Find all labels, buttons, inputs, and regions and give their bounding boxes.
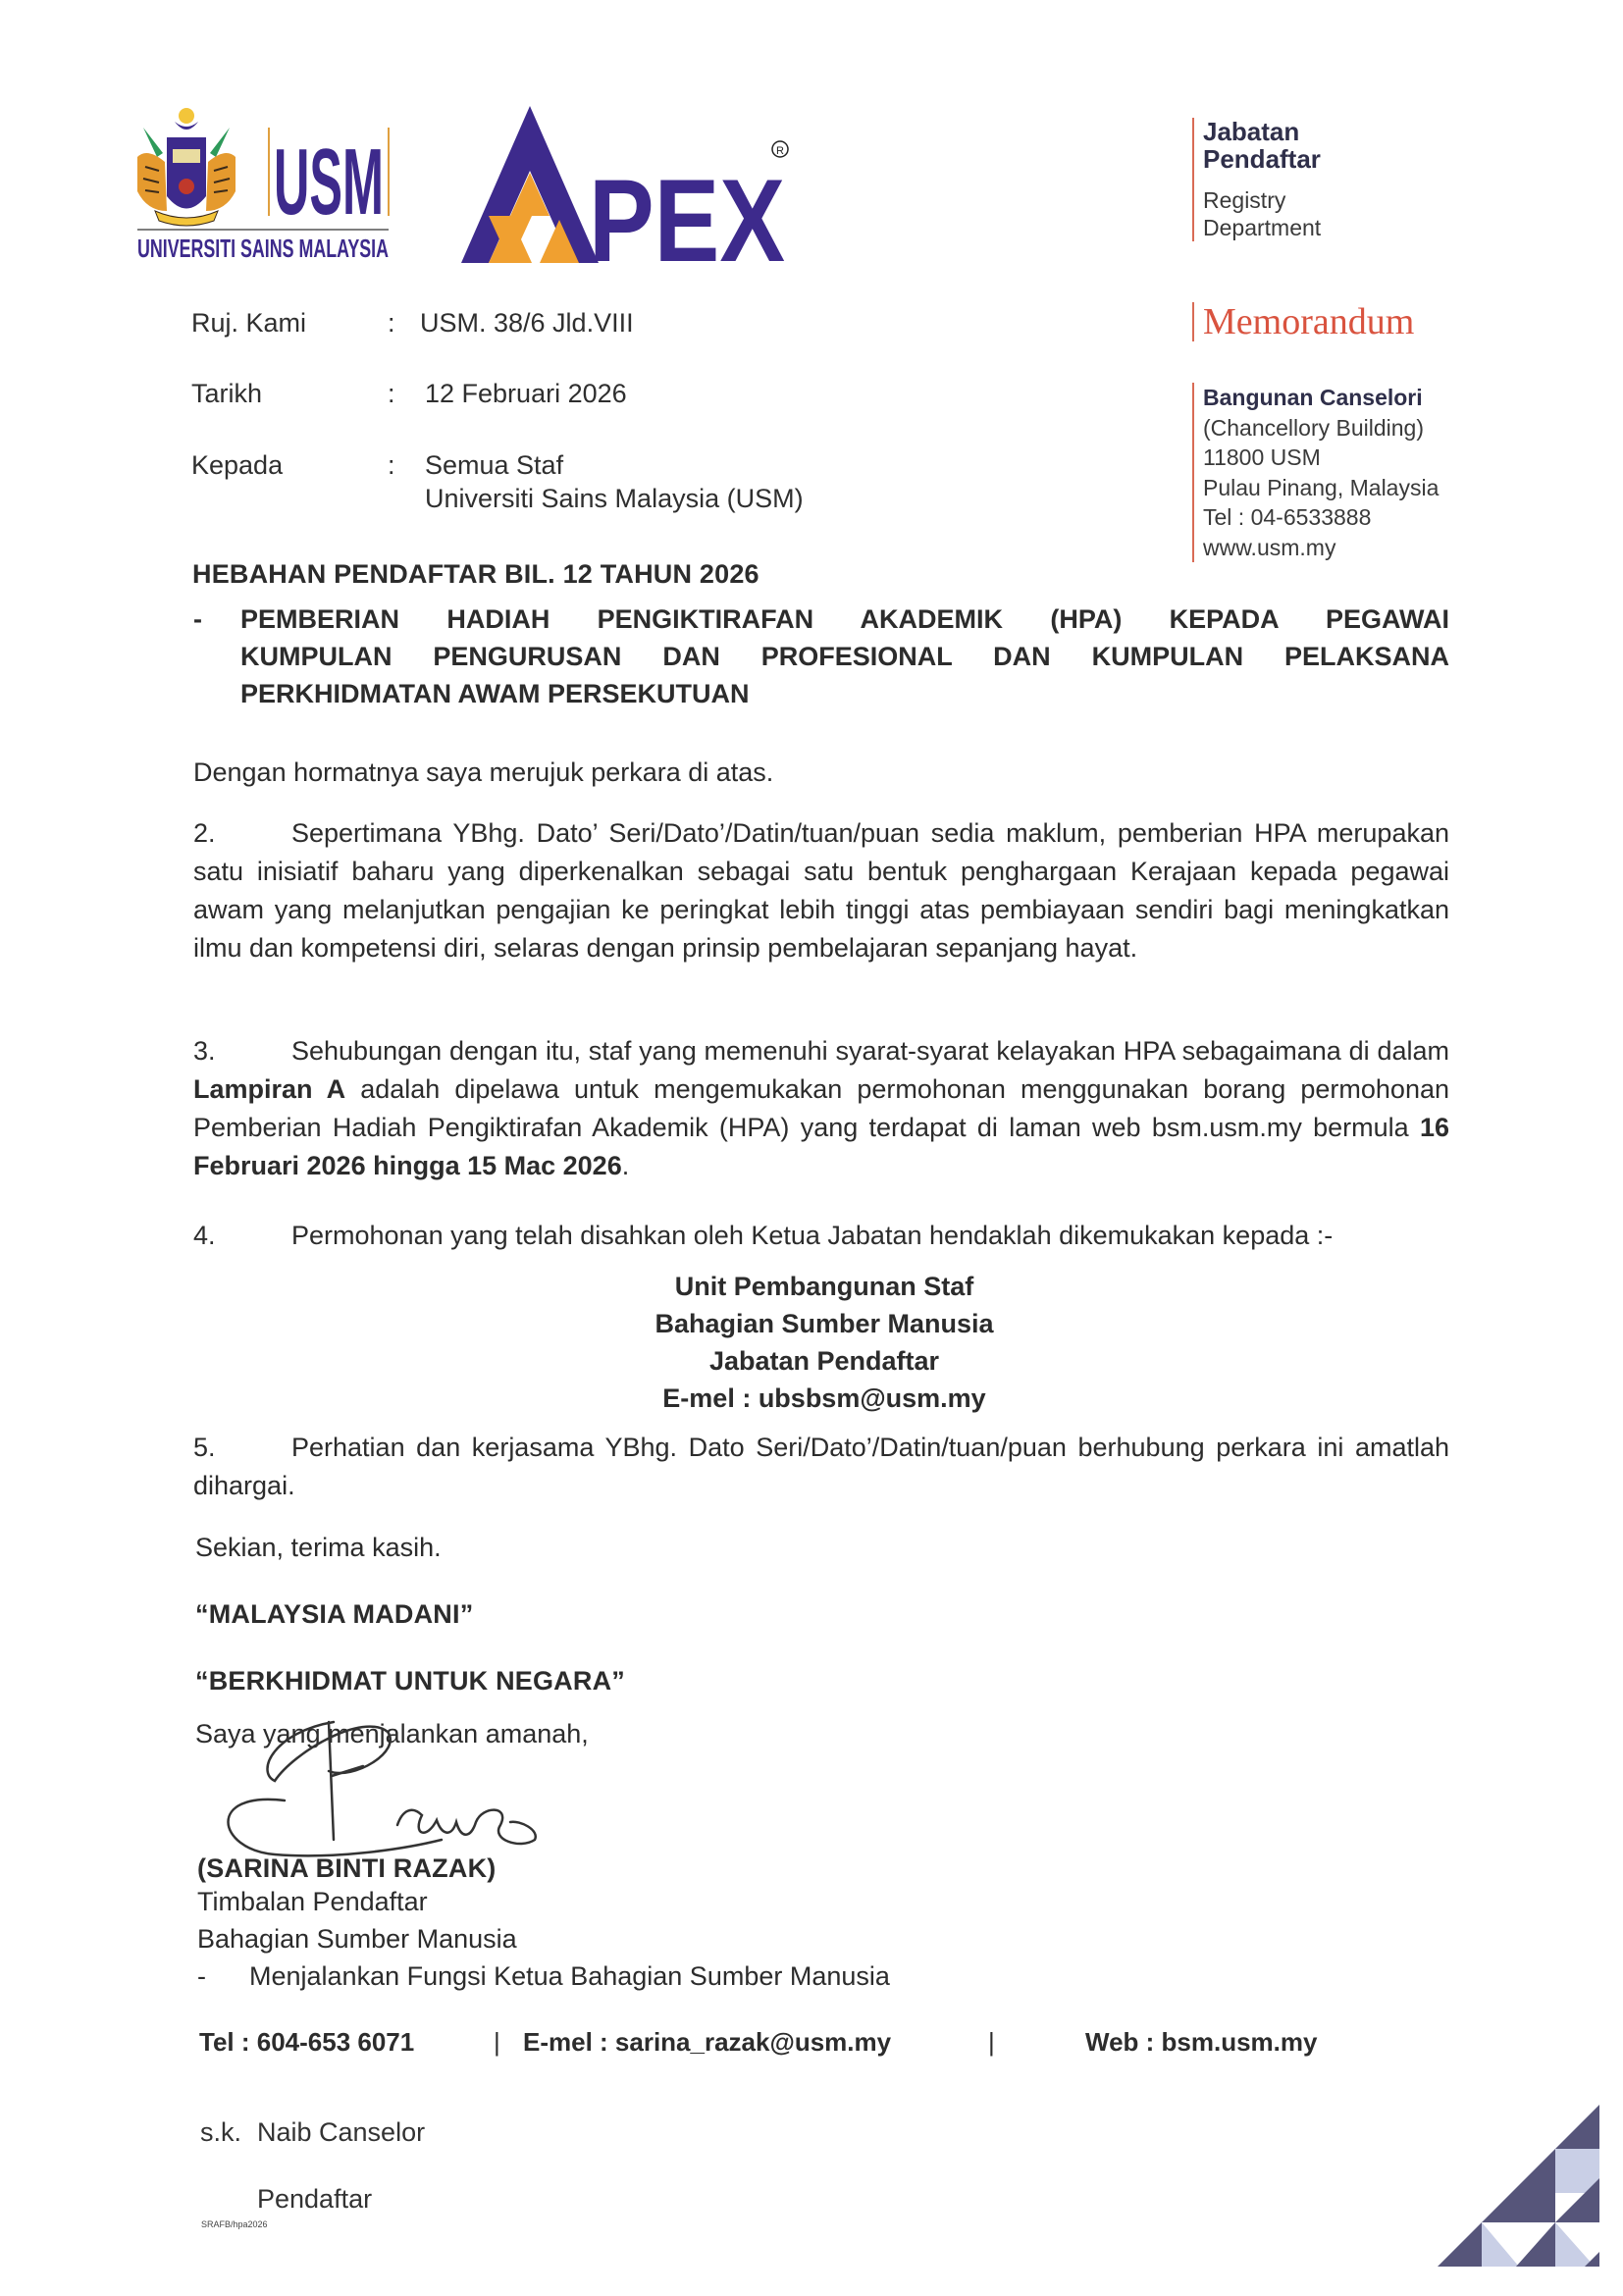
closing-line: Sekian, terima kasih.: [195, 1533, 442, 1563]
file-reference: SRAFB/hpa2026: [201, 2219, 268, 2229]
triangle-pattern-icon: [1433, 2095, 1609, 2271]
address-postcode: 11800 USM: [1203, 443, 1439, 473]
department-block: Jabatan Pendaftar Registry Department: [1192, 118, 1321, 241]
ref-row-date: Tarikh:12 Februari 2026: [191, 377, 627, 410]
apex-triangle-icon: PEX R: [461, 98, 795, 265]
paragraph-5: 5.Perhatian dan kerjasama YBhg. Dato Ser…: [193, 1429, 1449, 1505]
address-tel: Tel : 04-6533888: [1203, 502, 1439, 533]
signatory-tel: Tel : 604-653 6071: [199, 2027, 414, 2058]
paragraph-text: Permohonan yang telah disahkan oleh Ketu…: [291, 1221, 1333, 1250]
separator: |: [988, 2027, 995, 2058]
cc-line-1: s.k.Naib Canselor: [200, 2117, 425, 2148]
address-building-en: (Chancellory Building): [1203, 413, 1439, 444]
date-label: Tarikh: [191, 377, 388, 410]
cc-recipient: Pendaftar: [257, 2184, 372, 2215]
ref-row-our-ref: Ruj. Kami:USM. 38/6 Jld.VIII: [191, 306, 634, 339]
recipient-unit: Unit Pembangunan Staf: [294, 1268, 1354, 1305]
paragraph-text: Sepertimana YBhg. Dato’ Seri/Dato’/Datin…: [193, 818, 1449, 963]
signature-icon: [216, 1712, 569, 1859]
announcement-title: HEBAHAN PENDAFTAR BIL. 12 TAHUN 2026: [192, 559, 759, 590]
address-web[interactable]: www.usm.my: [1203, 533, 1439, 563]
paragraph-text: Perhatian dan kerjasama YBhg. Dato Seri/…: [193, 1433, 1449, 1500]
address-city: Pulau Pinang, Malaysia: [1203, 473, 1439, 503]
paragraph-number: 5.: [193, 1429, 291, 1467]
paragraph-4: 4.Permohonan yang telah disahkan oleh Ke…: [193, 1217, 1449, 1255]
to-value-1: Semua Staf: [425, 448, 804, 482]
signatory-name: (SARINA BINTI RAZAK): [197, 1851, 496, 1886]
recipient-division: Bahagian Sumber Manusia: [294, 1305, 1354, 1342]
recipient-department: Jabatan Pendaftar: [294, 1342, 1354, 1380]
signatory-position: Timbalan Pendaftar: [197, 1884, 428, 1919]
ref-label: Ruj. Kami: [191, 306, 388, 339]
signatory-email[interactable]: E-mel : sarina_razak@usm.my: [523, 2027, 891, 2058]
svg-text:PEX: PEX: [589, 155, 785, 265]
cc-prefix: s.k.: [200, 2117, 257, 2148]
ref-row-to: Kepada: Semua Staf Universiti Sains Mala…: [191, 448, 804, 515]
ref-value: USM. 38/6 Jld.VIII: [420, 306, 634, 339]
paragraph-number: 2.: [193, 814, 291, 853]
to-label: Kepada: [191, 448, 388, 482]
opening-line: Dengan hormatnya saya merujuk perkara di…: [193, 757, 773, 788]
svg-text:R: R: [776, 145, 784, 157]
department-name-ms-2: Pendaftar: [1203, 145, 1321, 173]
date-value: 12 Februari 2026: [425, 377, 627, 410]
document-type: Memorandum: [1192, 302, 1414, 341]
cc-recipient: Naib Canselor: [257, 2117, 425, 2147]
subject-line-3: PERKHIDMATAN AWAM PERSEKUTUAN: [240, 675, 1449, 712]
usm-crest-icon: USM UNIVERSITI SAINS MALAYSIA: [128, 98, 397, 265]
subject: - PEMBERIAN HADIAH PENGIKTIRAFAN AKADEMI…: [193, 600, 1449, 712]
department-name-en-1: Registry: [1203, 186, 1321, 214]
department-name-en-2: Department: [1203, 214, 1321, 241]
recipient-email[interactable]: E-mel : ubsbsm@usm.my: [294, 1380, 1354, 1417]
apex-logo: PEX R: [461, 98, 795, 265]
paragraph-number: 4.: [193, 1217, 291, 1255]
paragraph-2: 2.Sepertimana YBhg. Dato’ Seri/Dato’/Dat…: [193, 814, 1449, 967]
signatory-division: Bahagian Sumber Manusia: [197, 1921, 517, 1957]
to-value-2: Universiti Sains Malaysia (USM): [425, 482, 804, 515]
motto-malaysia-madani: “MALAYSIA MADANI”: [195, 1599, 473, 1630]
separator: |: [494, 2027, 500, 2058]
address-building-ms: Bangunan Canselori: [1203, 383, 1439, 413]
paragraph-3: 3.Sehubungan dengan itu, staf yang memen…: [193, 1032, 1449, 1185]
subject-line-1: PEMBERIAN HADIAH PENGIKTIRAFAN AKADEMIK …: [240, 600, 1449, 638]
signatory-web[interactable]: Web : bsm.usm.my: [1085, 2027, 1317, 2058]
svg-text:UNIVERSITI SAINS MALAYSIA: UNIVERSITI SAINS MALAYSIA: [137, 234, 389, 263]
corner-decoration: [1433, 2095, 1609, 2276]
address-block: Bangunan Canselori (Chancellory Building…: [1192, 383, 1439, 562]
department-name-ms-1: Jabatan: [1203, 118, 1321, 145]
svg-text:USM: USM: [274, 130, 384, 235]
signatory-role: -Menjalankan Fungsi Ketua Bahagian Sumbe…: [197, 1958, 890, 1994]
paragraph-number: 3.: [193, 1032, 291, 1070]
subject-line-2: KUMPULAN PENGURUSAN DAN PROFESIONAL DAN …: [240, 638, 1449, 675]
motto-berkhidmat: “BERKHIDMAT UNTUK NEGARA”: [195, 1666, 625, 1696]
attachment-ref: Lampiran A: [193, 1074, 345, 1104]
recipient-block: Unit Pembangunan Staf Bahagian Sumber Ma…: [294, 1268, 1354, 1417]
usm-logo: USM UNIVERSITI SAINS MALAYSIA: [128, 98, 397, 265]
signature: [216, 1712, 569, 1864]
